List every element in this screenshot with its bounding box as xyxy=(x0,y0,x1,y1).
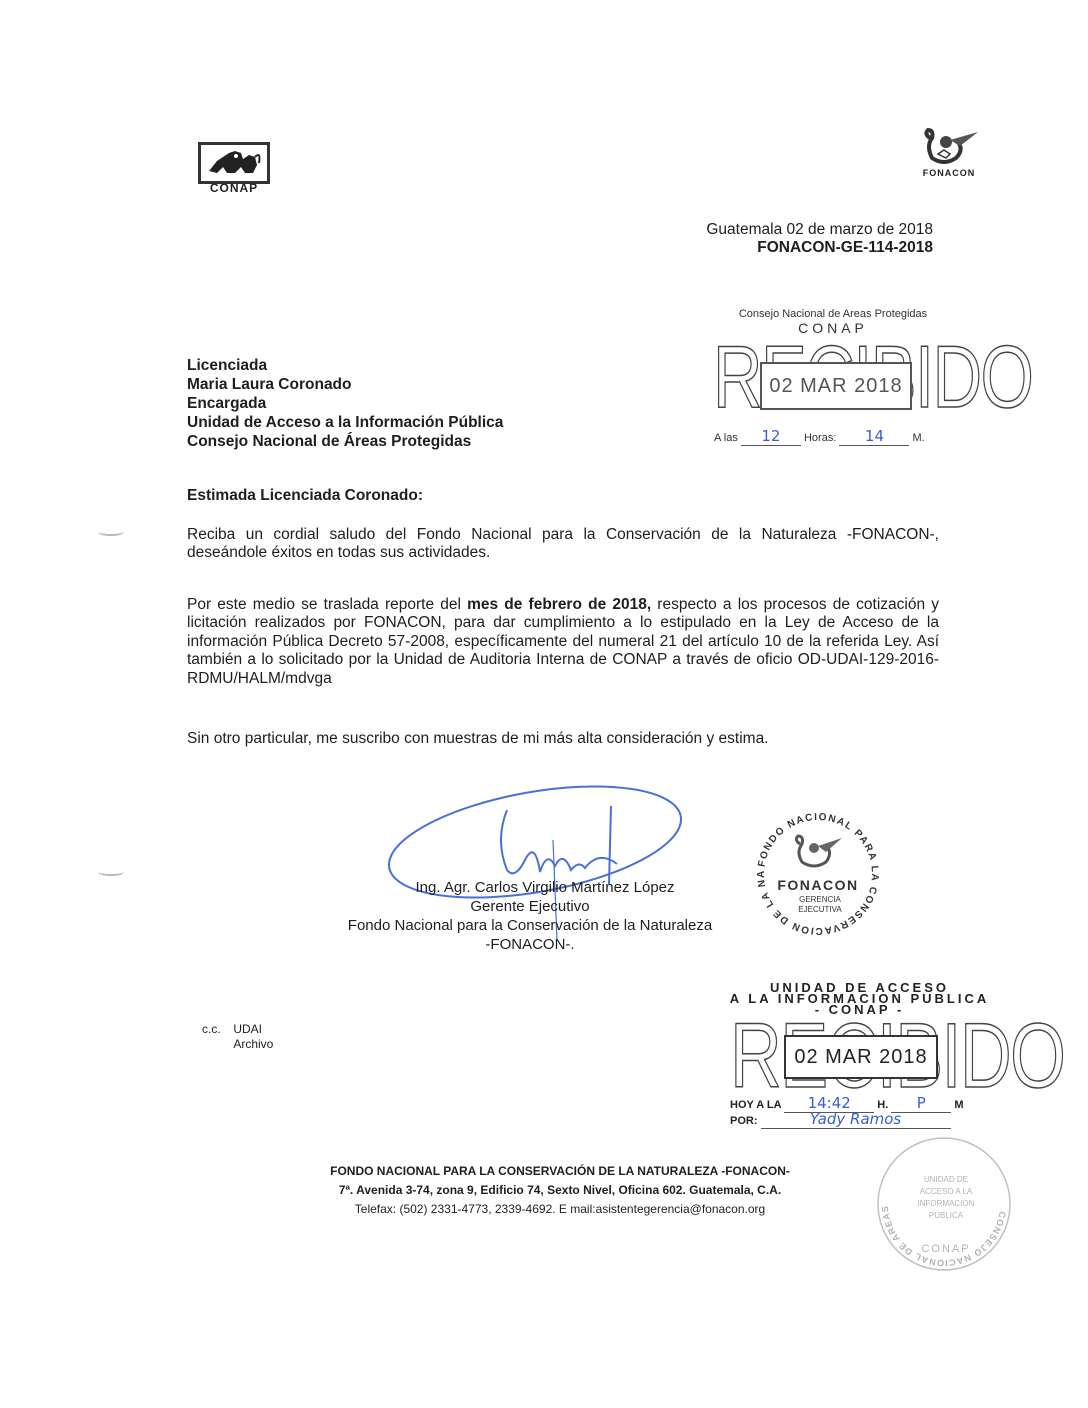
conap-official-seal: CONSEJO NACIONAL DE AREAS PROTEGIDAS · P… xyxy=(874,1134,1014,1274)
paragraph-report-period: mes de febrero de 2018, xyxy=(467,596,651,613)
signer-name: Ing. Agr. Carlos Virgilio Martínez López xyxy=(330,878,730,897)
seal-center-line2: EJECUTIVA xyxy=(798,905,842,914)
punch-hole-mark xyxy=(98,868,124,876)
stamp2-by-label: POR: xyxy=(730,1115,758,1127)
recipient-name: Maria Laura Coronado xyxy=(187,375,503,394)
signature-block: Ing. Agr. Carlos Virgilio Martínez López… xyxy=(330,878,730,954)
place-date: Guatemala 02 de marzo de 2018 xyxy=(706,221,933,239)
recipient-block: Licenciada Maria Laura Coronado Encargad… xyxy=(187,356,503,451)
received-stamp-conap: Consejo Nacional de Areas Protegidas CON… xyxy=(708,308,958,448)
salutation: Estimada Licenciada Coronado: xyxy=(187,487,423,505)
fonacon-logo: FONACON xyxy=(908,128,990,180)
seal2-center-1: UNIDAD DE xyxy=(924,1175,968,1184)
seal2-center-3: INFORMACION xyxy=(918,1199,975,1208)
stamp-date: 02 MAR 2018 xyxy=(760,362,912,410)
recipient-unit: Unidad de Acceso a la Información Públic… xyxy=(187,413,503,432)
letterhead-footer: FONDO NACIONAL PARA LA CONSERVACIÓN DE L… xyxy=(285,1162,835,1219)
cc-item: Archivo xyxy=(233,1037,273,1052)
signer-organization: Fondo Nacional para la Conservación de l… xyxy=(330,916,730,935)
signer-acronym: -FONACON-. xyxy=(330,935,730,954)
seal2-center-2: ACCESO A LA xyxy=(920,1187,973,1196)
bird-emblem-icon xyxy=(796,836,842,866)
reference-number: FONACON-GE-114-2018 xyxy=(757,239,933,257)
footer-address: 7ª. Avenida 3-74, zona 9, Edificio 74, S… xyxy=(285,1181,835,1200)
seal-ring-text: FONDO NACIONAL PARA LA CONSERVACION DE L… xyxy=(744,800,880,936)
recipient-position: Encargada xyxy=(187,394,503,413)
time-label-m: M. xyxy=(913,432,925,444)
punch-hole-mark xyxy=(98,528,124,536)
time-label-hours: Horas: xyxy=(804,432,836,444)
stamp2-by-row: POR: Yady Ramos xyxy=(730,1110,951,1129)
paragraph-closing: Sin otro particular, me suscribo con mue… xyxy=(187,730,939,748)
paragraph-report-start: Por este medio se traslada reporte del xyxy=(187,596,467,613)
bird-emblem-icon xyxy=(908,128,990,168)
seal-center-line1: GERENCIA xyxy=(799,895,841,904)
seal2-center-4: PUBLICA xyxy=(929,1211,964,1220)
recipient-institution: Consejo Nacional de Áreas Protegidas xyxy=(187,432,503,451)
conap-logo: CONAP xyxy=(192,142,272,194)
stamp2-m-label: M xyxy=(954,1099,963,1111)
paragraph-greeting: Reciba un cordial saludo del Fondo Nacio… xyxy=(187,526,939,563)
time-label-at: A las xyxy=(714,432,738,444)
stamp-time-row: A las 12 Horas: 14 M. xyxy=(714,427,925,446)
fonacon-logo-text: FONACON xyxy=(908,168,990,178)
cc-label: c.c. xyxy=(202,1022,230,1037)
handwritten-minutes: 14 xyxy=(839,427,909,446)
received-stamp-udai: UNIDAD DE ACCESO A LA INFORMACION PUBLIC… xyxy=(722,982,997,1132)
carbon-copy: c.c. UDAI Archivo xyxy=(202,1022,273,1052)
seal2-bottom: CONAP xyxy=(921,1243,970,1255)
svg-text:FONDO NACIONAL PARA LA CONSERV: FONDO NACIONAL PARA LA CONSERVACION DE L… xyxy=(744,800,880,936)
stamp2-date: 02 MAR 2018 xyxy=(784,1035,938,1079)
handwritten-receiver: Yady Ramos xyxy=(761,1110,951,1129)
handwritten-hour: 12 xyxy=(741,427,801,446)
paragraph-report: Por este medio se traslada reporte del m… xyxy=(187,596,939,688)
recipient-title: Licenciada xyxy=(187,356,503,375)
conap-logo-text: CONAP xyxy=(194,181,274,195)
seal-center-name: FONACON xyxy=(777,877,858,893)
cc-item: UDAI xyxy=(233,1022,273,1037)
footer-organization: FONDO NACIONAL PARA LA CONSERVACIÓN DE L… xyxy=(285,1162,835,1181)
fonacon-official-seal: FONDO NACIONAL PARA LA CONSERVACION DE L… xyxy=(744,800,892,948)
stamp-header: Consejo Nacional de Areas Protegidas xyxy=(708,308,958,320)
jaguar-icon xyxy=(198,142,270,184)
signer-title: Gerente Ejecutivo xyxy=(330,897,730,916)
footer-contact: Telefax: (502) 2331-4773, 2339-4692. E m… xyxy=(285,1200,835,1219)
